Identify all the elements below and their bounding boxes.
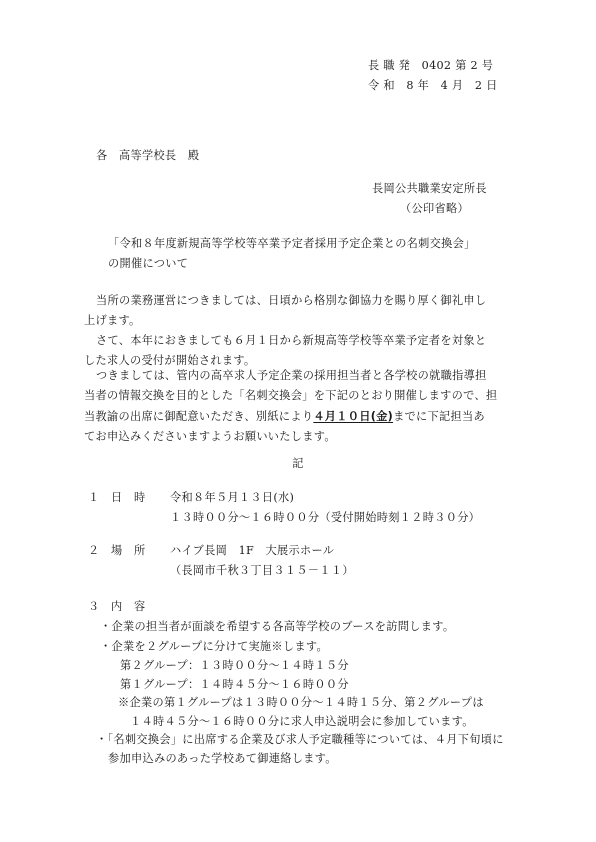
seal-omitted-note: （公印省略） — [400, 203, 469, 214]
event-time: １３時００分～１６時００分（受付開始時刻１２時３０分） — [170, 512, 480, 523]
body-p3-line-2: 当者の情報交換を目的とした「名刺交換会」を下記のとおり開催しますので、担 — [84, 390, 497, 401]
group-note-line-1: ※企業の第１グループは１３時００分～１４時１５分、第２グループは — [118, 697, 484, 708]
body-p3-line-3-pre: 当教諭の出席に御配意いただき、別紙により — [84, 410, 313, 423]
subject-line-1: 「令和８年度新規高等学校等卒業予定者採用予定企業との名刺交換会」 — [108, 238, 476, 249]
ki-heading: 記 — [0, 458, 596, 469]
content-bullet-2: ・企業を２グループに分けて実施※します。 — [100, 641, 328, 652]
content-label: ３ 内 容 — [88, 601, 145, 612]
body-p3-line-3: 当教諭の出席に御配意いただき、別紙により４月１０日(金)までに下記担当あ — [84, 411, 485, 422]
group-note-line-2: １４時４５分～１６時００分に求人申込説明会に参加しています。 — [130, 716, 474, 727]
content-bullet-1: ・企業の担当者が面談を希望する各高等学校のブースを訪問します。 — [100, 621, 454, 632]
venue-name: ハイブ長岡 1F 大展示ホール — [170, 545, 334, 556]
body-p3-line-1: つきましては、管内の高卒求人予定企業の採用担当者と各学校の就職指導担 — [96, 370, 487, 381]
body-p3-line-3-post: までに下記担当あ — [393, 410, 485, 423]
group-2-schedule: 第２グループ：１３時００分～１４時１５分 — [120, 660, 349, 671]
body-p1-line-2: 上げます。 — [84, 315, 141, 326]
body-p2-line-2: した求人の受付が開始されます。 — [84, 355, 255, 366]
body-p3-line-4: てお申込みくださいますようお願いいたします。 — [84, 431, 336, 442]
datetime-label: １ 日 時 — [88, 492, 145, 503]
venue-label: ２ 場 所 — [88, 545, 145, 556]
body-p1-line-1: 当所の業務運営につきましては、日頃から格別な御協力を賜り厚く御礼申し — [96, 295, 486, 306]
document-date: 令 和 8 年 4 月 2 日 — [368, 80, 498, 91]
body-p2-line-1: さて、本年におきましても６月１日から新規高等学校等卒業予定者を対象と — [96, 335, 486, 346]
document-number: 長 職 発 0402 第 2 号 — [368, 60, 493, 71]
event-date: 令和８年５月１３日(水) — [170, 492, 294, 503]
addressee: 各 高等学校長 殿 — [96, 150, 199, 161]
sender-name: 長岡公共職業安定所長 — [372, 183, 487, 194]
application-deadline: ４月１０日(金) — [313, 410, 393, 423]
venue-address: （長岡市千秋３丁目３１５－１１） — [170, 565, 354, 576]
content-bullet-3-line-2: 参加申込みのあった学校あて御連絡します。 — [108, 753, 337, 764]
subject-line-2: の開催について — [108, 258, 188, 269]
group-1-schedule: 第１グループ：１４時４５分～１６時００分 — [120, 679, 349, 690]
content-bullet-3-line-1: ・「名刺交換会」に出席する企業及び求人予定職種等については、４月下旬頃に — [96, 734, 504, 745]
